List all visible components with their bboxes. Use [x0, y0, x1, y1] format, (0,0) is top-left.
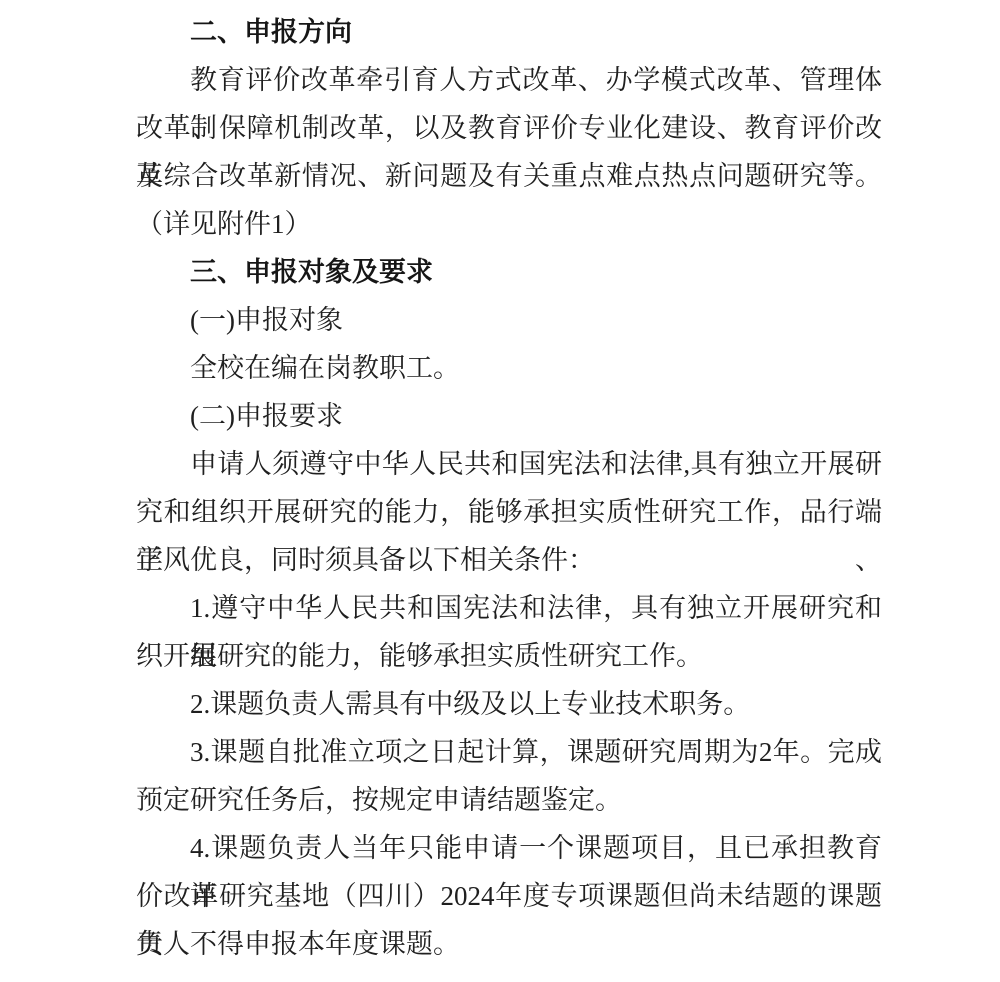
list-item-2: 2.课题负责人需具有中级及以上专业技术职务。 — [136, 680, 882, 728]
subsection-heading-2: (二)申报要求 — [136, 392, 882, 440]
text-line: 预定研究任务后，按规定申请结题鉴定。 — [136, 776, 882, 824]
text-line: 责人不得申报本年度课题。 — [136, 920, 882, 968]
list-item-4: 4.课题负责人当年只能申请一个课题项目，且已承担教育评 — [136, 824, 882, 872]
text-line: 及综合改革新情况、新问题及有关重点难点热点问题研究等。 — [136, 152, 882, 200]
text-line: 织开展研究的能力，能够承担实质性研究工作。 — [136, 632, 882, 680]
text-line: 全校在编在岗教职工。 — [136, 344, 882, 392]
list-item-1: 1.遵守中华人民共和国宪法和法律，具有独立开展研究和组 — [136, 584, 882, 632]
text-line: 申请人须遵守中华人民共和国宪法和法律,具有独立开展研 — [136, 440, 882, 488]
section-heading-3: 三、申报对象及要求 — [136, 248, 882, 296]
section-heading-2: 二、申报方向 — [136, 8, 882, 56]
document-page: 二、申报方向 教育评价改革牵引育人方式改革、办学模式改革、管理体制 改革、保障机… — [0, 0, 1000, 982]
text-line: 教育评价改革牵引育人方式改革、办学模式改革、管理体制 — [136, 56, 882, 104]
text-line-attachment-ref: （详见附件1） — [136, 200, 882, 248]
subsection-heading-1: (一)申报对象 — [136, 296, 882, 344]
text-line: 价改革研究基地（四川）2024年度专项课题但尚未结题的课题负 — [136, 872, 882, 920]
text-line: 究和组织开展研究的能力，能够承担实质性研究工作，品行端正、 — [136, 488, 882, 536]
list-item-3: 3.课题自批准立项之日起计算，课题研究周期为2年。完成 — [136, 728, 882, 776]
text-line: 改革、保障机制改革，以及教育评价专业化建设、教育评价改革 — [136, 104, 882, 152]
